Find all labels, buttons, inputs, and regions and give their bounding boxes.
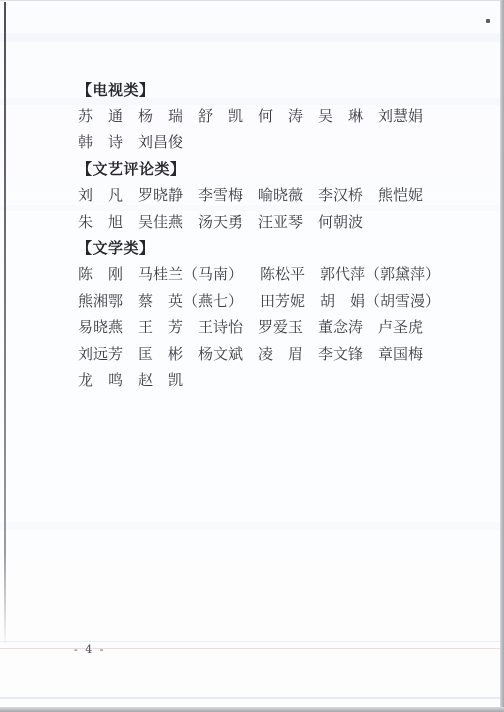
person-name: 李雪梅 [198,184,258,205]
person-name: 董念涛 [318,316,378,337]
person-name: 吴 琳 [318,105,378,126]
person-name: 易晓燕 [78,316,138,337]
person-name: 何朝波 [318,211,378,232]
person-name: 罗爱玉 [258,316,318,337]
section-header: 【电视类】 [77,76,450,102]
scan-streak-blue [0,697,504,699]
scan-streak [0,33,504,42]
person-name: 罗晓静 [138,184,198,205]
person-name: 王 芳 [138,316,198,337]
page-top-edge [0,0,504,1]
name-sections: 【电视类】苏 通杨 瑞舒 凯何 涛吴 琳刘慧娟韩 诗刘昌俊【文艺评论类】刘 凡罗… [78,76,450,393]
name-row: 苏 通杨 瑞舒 凯何 涛吴 琳刘慧娟 [78,102,450,128]
name-row: 韩 诗刘昌俊 [78,129,450,155]
scan-speck [486,19,490,23]
person-name: 郭代萍（郭黛萍） [320,263,442,284]
person-name: 卢圣虎 [378,316,438,337]
person-name: 朱 旭 [78,211,138,232]
person-name: 章国梅 [378,343,438,364]
scan-streak [0,522,504,530]
person-name: 何 涛 [258,105,318,126]
name-row: 朱 旭吴佳燕汤天勇汪亚琴何朝波 [78,208,450,234]
person-name: 马桂兰（马南） [138,263,260,284]
person-name: 赵 凯 [138,369,198,390]
person-name: 胡 娟（胡雪漫） [320,290,442,311]
name-row: 易晓燕王 芳王诗怡罗爱玉董念涛卢圣虎 [78,314,450,340]
person-name: 汤天勇 [198,211,258,232]
binding-shadow-line [4,2,6,648]
person-name: 田芳妮 [260,290,320,311]
person-name: 杨文斌 [198,343,258,364]
person-name: 王诗怡 [198,316,258,337]
person-name: 李汉桥 [318,184,378,205]
person-name: 陈 刚 [78,263,138,284]
person-name: 匡 彬 [138,343,198,364]
person-name: 龙 鸣 [78,369,138,390]
scan-streak [0,641,504,642]
name-row: 陈 刚马桂兰（马南）陈松平郭代萍（郭黛萍） [78,261,450,287]
person-name: 刘慧娟 [378,105,438,126]
person-name: 熊湘鄂 [78,290,138,311]
page-right-edge [500,0,504,712]
person-name: 杨 瑞 [138,105,198,126]
person-name: 苏 通 [78,105,138,126]
page-number: - 4 - [74,643,105,656]
page-bottom-edge [0,707,504,712]
person-name: 陈松平 [260,263,320,284]
person-name: 凌 眉 [258,343,318,364]
person-name: 熊恺妮 [378,184,438,205]
person-name: 刘昌俊 [138,131,198,152]
person-name: 蔡 英（燕七） [138,290,260,311]
scanned-page: 【电视类】苏 通杨 瑞舒 凯何 涛吴 琳刘慧娟韩 诗刘昌俊【文艺评论类】刘 凡罗… [0,0,504,712]
name-row: 刘 凡罗晓静李雪梅喻晓薇李汉桥熊恺妮 [78,182,450,208]
section-header: 【文艺评论类】 [77,155,450,181]
person-name: 刘 凡 [78,184,138,205]
person-name: 李文锋 [318,343,378,364]
person-name: 汪亚琴 [258,211,318,232]
name-row: 刘远芳匡 彬杨文斌凌 眉李文锋章国梅 [78,340,450,366]
name-row: 熊湘鄂蔡 英（燕七）田芳妮胡 娟（胡雪漫） [78,287,450,313]
person-name: 刘远芳 [78,343,138,364]
person-name: 喻晓薇 [258,184,318,205]
person-name: 吴佳燕 [138,211,198,232]
person-name: 韩 诗 [78,131,138,152]
section-header: 【文学类】 [77,234,450,260]
name-row: 龙 鸣赵 凯 [78,366,450,392]
person-name: 舒 凯 [198,105,258,126]
